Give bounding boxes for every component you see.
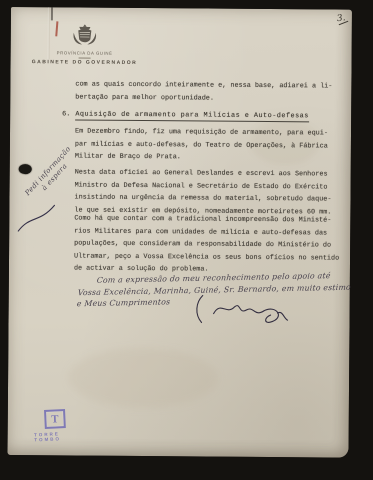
section-number: 6. <box>62 110 70 118</box>
stamp-initial: T <box>44 409 66 429</box>
section-heading: 6.Aquisição de armamento para Milícias e… <box>62 110 309 120</box>
coat-of-arms-icon <box>71 23 99 48</box>
archive-stamp: T TORRE TOMBO <box>33 408 82 442</box>
letterhead: PROVÍNCIA DA GUINÉ GABINETE DO GOVERNADO… <box>25 23 145 66</box>
page-number: 3. <box>336 13 348 24</box>
scan-background: { "scan": { "background_color": "#14120f… <box>0 0 373 480</box>
office-name: GABINETE DO GOVERNADOR <box>25 59 145 66</box>
signature-flourish-icon <box>194 294 290 325</box>
typed-paragraph-1: Em Dezembro findo, fiz uma requisição de… <box>75 126 328 165</box>
typed-paragraph-intro: com as quais concordo inteiramente e, ne… <box>75 79 332 106</box>
punch-hole-mark <box>19 164 32 174</box>
document-page: PROVÍNCIA DA GUINÉ GABINETE DO GOVERNADO… <box>7 7 352 458</box>
typed-paragraph-2: Nesta data oficiei ao General Deslandes … <box>74 167 331 219</box>
typed-paragraph-3: Como há que contar com a tradicional inc… <box>74 213 340 278</box>
ink-tick-mark <box>51 7 53 20</box>
margin-flourish-stroke <box>15 203 57 233</box>
stamp-text-line: TOMBO <box>34 435 82 442</box>
typed-line: bertação para melhor oportunidade. <box>75 91 332 106</box>
typed-line: Militar de Braço de Prata. <box>75 151 328 165</box>
paper-stain <box>68 347 218 408</box>
section-title: Aquisição de armamento para Milícias e A… <box>75 111 309 122</box>
province-name: PROVÍNCIA DA GUINÉ <box>25 50 145 56</box>
letterhead-divider <box>79 57 91 58</box>
